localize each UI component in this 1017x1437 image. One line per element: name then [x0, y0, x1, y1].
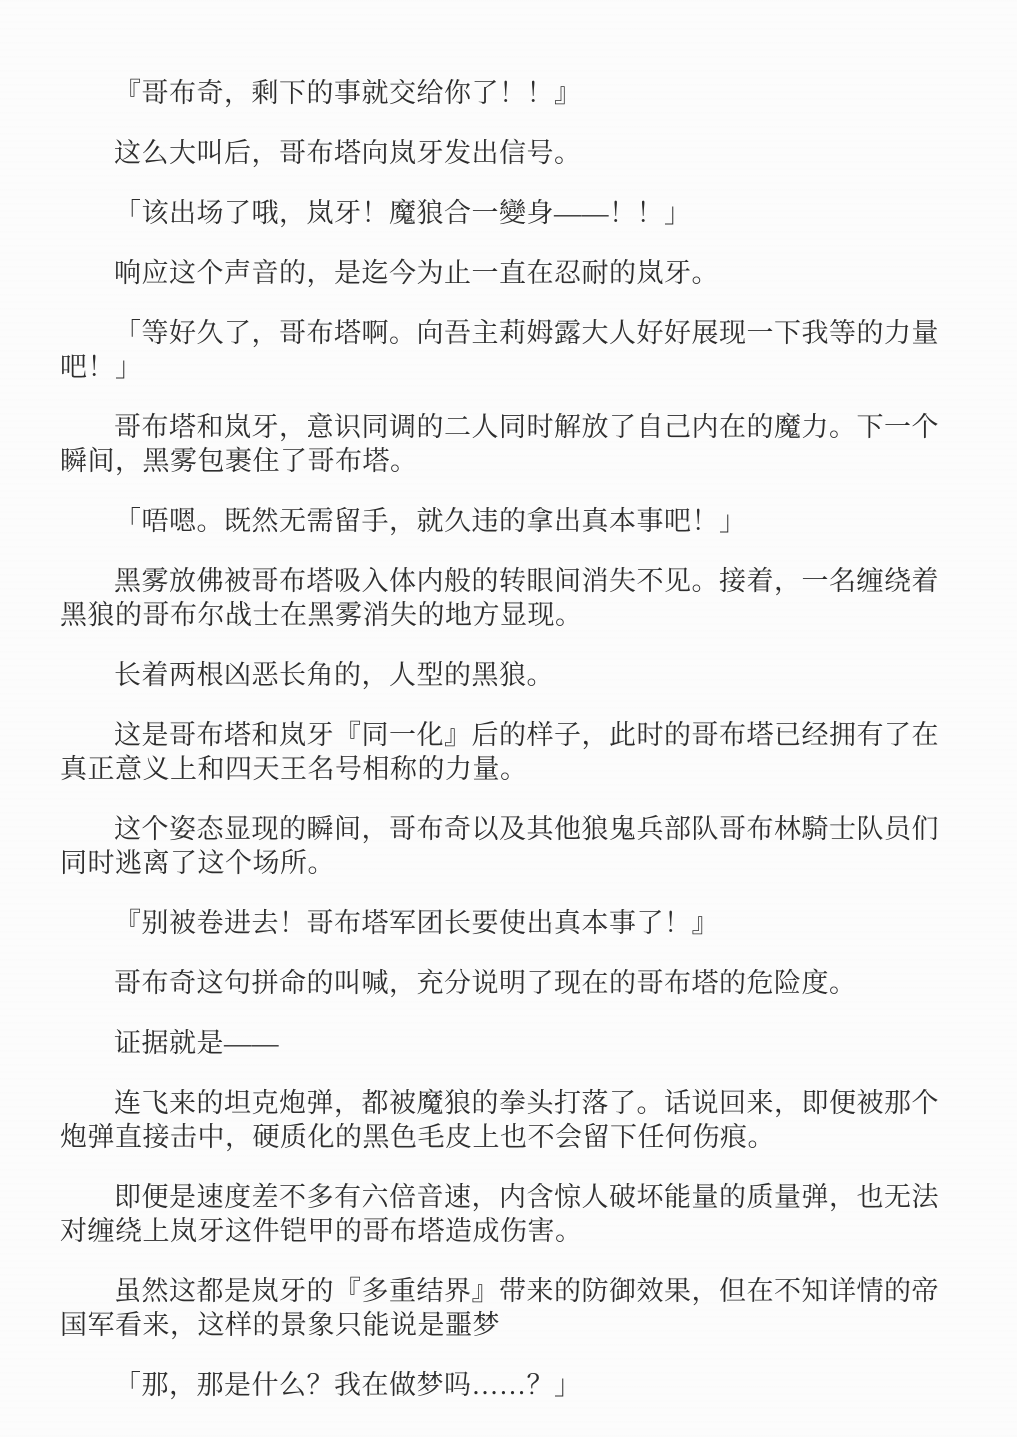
paragraph: 『别被卷进去！哥布塔军团长要使出真本事了！』 [60, 906, 939, 940]
paragraph: 「等好久了，哥布塔啊。向吾主莉姆露大人好好展现一下我等的力量吧！」 [60, 316, 939, 384]
paragraph: 这么大叫后，哥布塔向岚牙发出信号。 [60, 136, 939, 170]
paragraph: 『哥布奇，剩下的事就交给你了！！』 [60, 76, 939, 110]
paragraph: 这是哥布塔和岚牙『同一化』后的样子，此时的哥布塔已经拥有了在真正意义上和四天王名… [60, 718, 939, 786]
paragraph: 连飞来的坦克炮弹，都被魔狼的拳头打落了。话说回来，即便被那个炮弹直接击中，硬质化… [60, 1086, 939, 1154]
paragraph: 这个姿态显现的瞬间，哥布奇以及其他狼鬼兵部队哥布林騎士队员们同时逃离了这个场所。 [60, 812, 939, 880]
paragraph: 「那，那是什么？我在做梦吗……？」 [60, 1368, 939, 1402]
paragraph: 即便是速度差不多有六倍音速，内含惊人破坏能量的质量弹，也无法对缠绕上岚牙这件铠甲… [60, 1180, 939, 1248]
paragraph: 黑雾放佛被哥布塔吸入体内般的转眼间消失不见。接着，一名缠绕着黑狼的哥布尔战士在黑… [60, 564, 939, 632]
paragraph: 响应这个声音的，是迄今为止一直在忍耐的岚牙。 [60, 256, 939, 290]
paragraph: 长着两根凶恶长角的，人型的黑狼。 [60, 658, 939, 692]
paragraph: 证据就是—— [60, 1026, 939, 1060]
paragraph: 「该出场了哦，岚牙！魔狼合一變身——！！」 [60, 196, 939, 230]
paragraph: 虽然这都是岚牙的『多重结界』带来的防御效果，但在不知详情的帝国军看来，这样的景象… [60, 1274, 939, 1342]
paragraph: 哥布塔和岚牙，意识同调的二人同时解放了自己内在的魔力。下一个瞬间，黑雾包裹住了哥… [60, 410, 939, 478]
paragraph: 「唔嗯。既然无需留手，就久违的拿出真本事吧！」 [60, 504, 939, 538]
paragraph: 哥布奇这句拼命的叫喊，充分说明了现在的哥布塔的危险度。 [60, 966, 939, 1000]
document-page: 『哥布奇，剩下的事就交给你了！！』 这么大叫后，哥布塔向岚牙发出信号。 「该出场… [0, 0, 1017, 1437]
